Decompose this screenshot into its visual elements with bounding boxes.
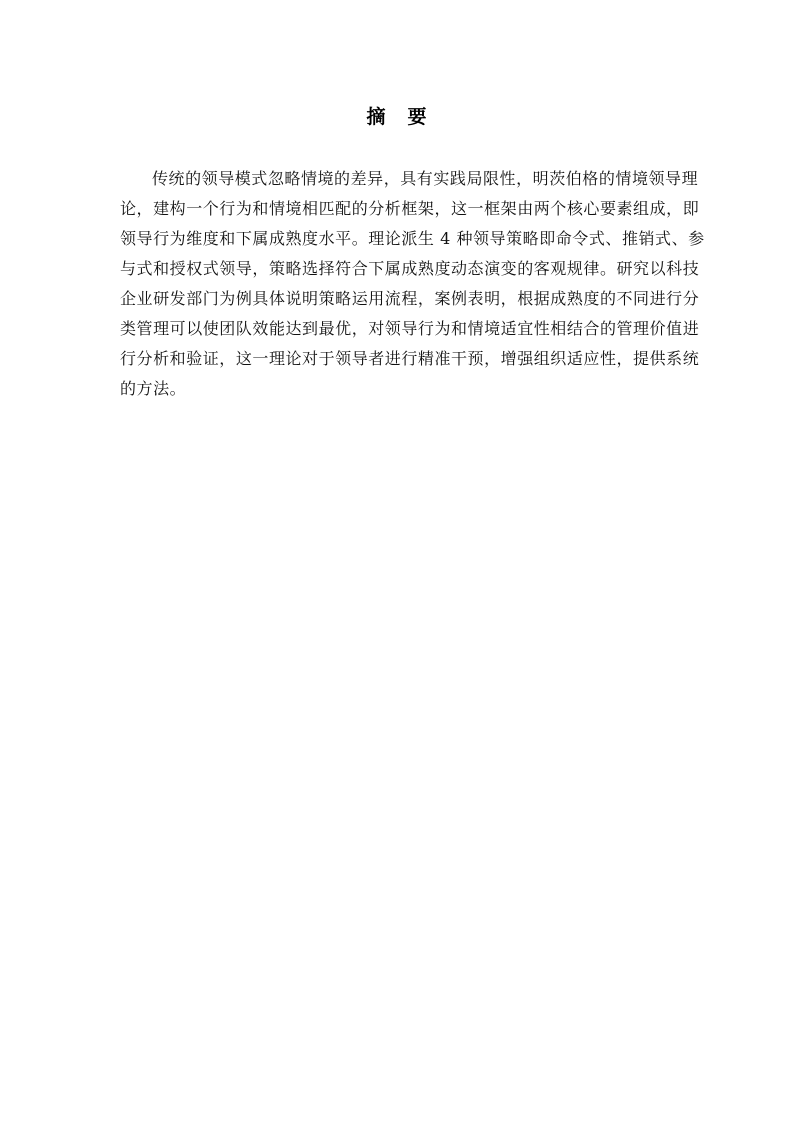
abstract-line-5: 企业研发部门为例具体说明策略运用流程，案例表明，根据成熟度的不同进行分 [120,284,680,314]
abstract-line-6: 类管理可以使团队效能达到最优，对领导行为和情境适宜性相结合的管理价值进 [120,314,680,344]
title-char-1: 摘 [366,106,385,128]
abstract-line-2: 论，建构一个行为和情境相匹配的分析框架，这一框架由两个核心要素组成，即 [120,194,680,224]
abstract-line-1: 传统的领导模式忽略情境的差异，具有实践局限性，明茨伯格的情境领导理 [120,164,680,194]
abstract-line-3: 领导行为维度和下属成熟度水平。理论派生 4 种领导策略即命令式、推销式、参 [120,224,680,254]
abstract-line-7: 行分析和验证，这一理论对于领导者进行精准干预，增强组织适应性，提供系统 [120,344,680,374]
abstract-paragraph: 传统的领导模式忽略情境的差异，具有实践局限性，明茨伯格的情境领导理 论，建构一个… [120,164,680,404]
abstract-title: 摘要 [0,104,793,130]
abstract-line-4: 与式和授权式领导，策略选择符合下属成熟度动态演变的客观规律。研究以科技 [120,254,680,284]
title-char-2: 要 [408,106,427,128]
abstract-line-8: 的方法。 [120,374,680,404]
document-page: 摘要 传统的领导模式忽略情境的差异，具有实践局限性，明茨伯格的情境领导理 论，建… [0,0,793,1122]
